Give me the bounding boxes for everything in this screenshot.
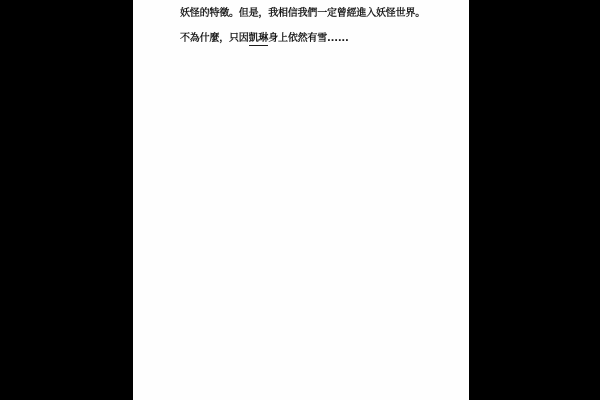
page-text-block: 妖怪的特徵。但是，我相信我們一定曾經進入妖怪世界。 不為什麼，只因凱琳身上依然有…	[180, 0, 442, 45]
book-page[interactable]: 妖怪的特徵。但是，我相信我們一定曾經進入妖怪世界。 不為什麼，只因凱琳身上依然有…	[133, 0, 469, 400]
paragraph-line-2-suffix: 身上依然有雪......	[268, 33, 348, 44]
paragraph-line-1: 妖怪的特徵。但是，我相信我們一定曾經進入妖怪世界。	[180, 7, 442, 20]
reader-letterbox-background: 妖怪的特徵。但是，我相信我們一定曾經進入妖怪世界。 不為什麼，只因凱琳身上依然有…	[0, 0, 600, 400]
paragraph-line-2-prefix: 不為什麼，只因	[180, 33, 249, 44]
paragraph-line-2: 不為什麼，只因凱琳身上依然有雪......	[180, 32, 442, 45]
proper-name-underlined: 凱琳	[249, 33, 269, 46]
